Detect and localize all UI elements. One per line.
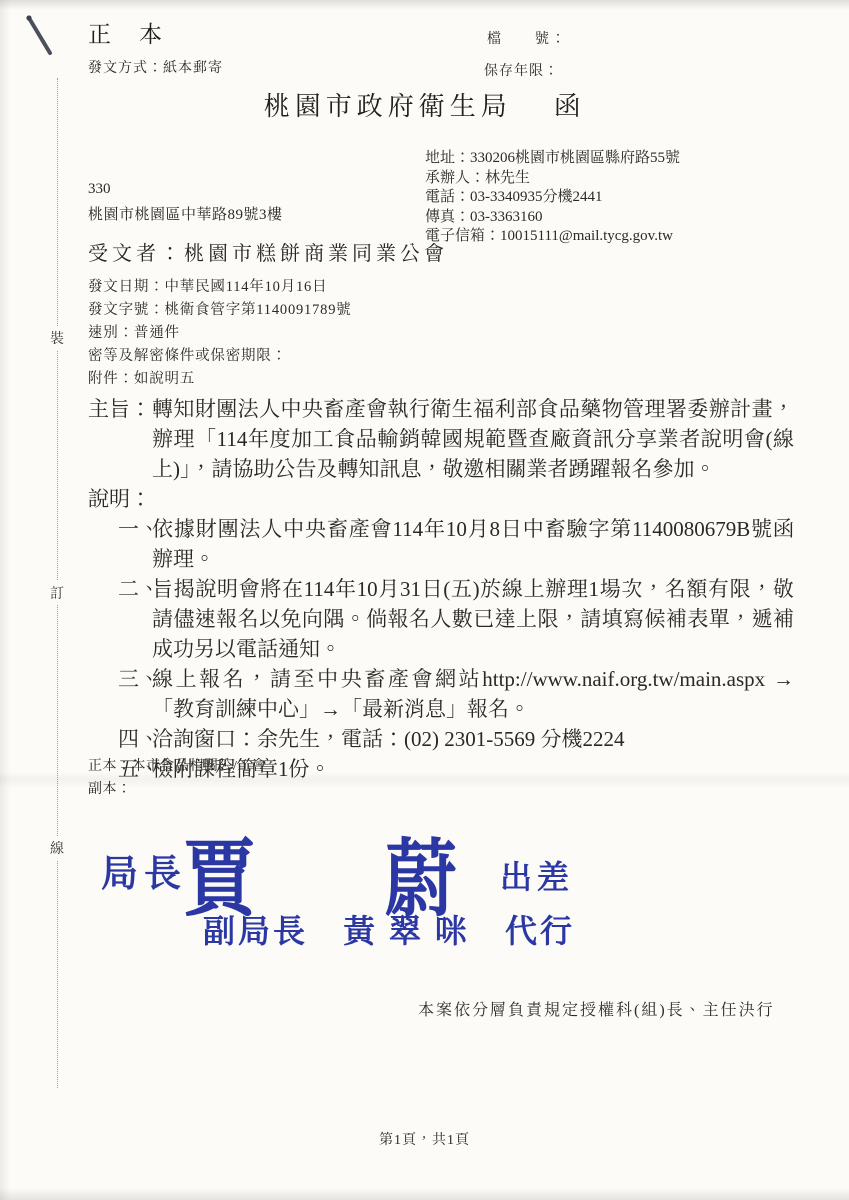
recipient-zip: 330	[88, 181, 111, 198]
agency-info-block: 地址：330206桃園市桃園區縣府路55號 承辦人：林先生 電話：03-3340…	[425, 149, 680, 247]
director-title: 局長	[101, 843, 187, 897]
explanation-item-4: 四、 洽詢窗口：余先生，電話：(02) 2301-5569 分機2224	[88, 724, 794, 754]
retention-period-label: 保存年限：	[484, 60, 559, 80]
item-text: 依據財團法人中央畜產會114年10月8日中畜驗字第1140080679B號函辦理…	[152, 517, 794, 571]
item-number: 一、	[118, 514, 160, 544]
deputy-signature-line: 副局長 黃 翠 咪 代行	[203, 906, 575, 952]
item-text: 旨揭說明會將在114年10月31日(五)於線上辦理1場次，名額有限，敬請儘速報名…	[152, 577, 794, 661]
subject-section: 主旨： 轉知財團法人中央畜產會執行衛生福利部食品藥物管理署委辦計畫，辦理「114…	[88, 394, 794, 484]
scan-edge-bottom	[0, 1188, 849, 1200]
meta-classification: 密等及解密條件或保密期限：	[88, 345, 352, 368]
pen-mark	[20, 8, 64, 64]
copy-distribution-cc: 副本：	[88, 778, 132, 798]
explanation-item-3: 三、 線上報名，請至中央畜產會網站http://www.naif.org.tw/…	[88, 664, 794, 724]
subject-label: 主旨：	[88, 394, 151, 424]
agency-address: 地址：330206桃園市桃園區縣府路55號	[425, 149, 680, 169]
copy-distribution-original: 正本：本市食品相關公/工會	[88, 755, 266, 775]
file-number-label: 檔 號：	[487, 28, 567, 48]
meta-issue-date: 發文日期：中華民國114年10月16日	[88, 276, 352, 299]
agency-contact-person: 承辦人：林先生	[425, 169, 680, 189]
meta-priority: 速別：普通件	[88, 322, 352, 345]
explanation-label: 說明：	[88, 484, 794, 514]
item-text: 洽詢窗口：余先生，電話：(02) 2301-5569 分機2224	[152, 727, 624, 751]
meta-doc-number: 發文字號：桃衛食管字第1140091789號	[88, 299, 352, 322]
explanation-item-1: 一、 依據財團法人中央畜產會114年10月8日中畜驗字第1140080679B號…	[88, 514, 794, 574]
subject-text: 轉知財團法人中央畜產會執行衛生福利部食品藥物管理署委辦計畫，辦理「114年度加工…	[152, 397, 794, 481]
meta-attachment: 附件：如說明五	[88, 368, 352, 391]
agency-email: 電子信箱：10015111@mail.tycg.gov.tw	[425, 227, 680, 247]
director-status: 出差	[500, 852, 574, 898]
item-number: 四、	[118, 724, 160, 754]
recipient-address: 桃園市桃園區中華路89號3樓	[88, 203, 283, 224]
delegation-note: 本案依分層負責規定授權科(組)長、主任決行	[418, 997, 775, 1020]
item-number: 三、	[118, 664, 160, 694]
scanned-letter-page: 裝 訂 線 正本 發文方式：紙本郵寄 檔 號： 保存年限： 桃園市政府衛生局 函…	[0, 0, 849, 1200]
scan-edge-left	[0, 0, 10, 1200]
binding-mark-ding: 訂	[47, 581, 67, 605]
item-number: 二、	[118, 574, 160, 604]
recipient-line: 受文者：桃園市糕餅商業同業公會	[88, 237, 448, 266]
copy-type-label: 正本	[88, 16, 190, 49]
explanation-item-2: 二、 旨揭說明會將在114年10月31日(五)於線上辦理1場次，名額有限，敬請儘…	[88, 574, 794, 664]
letter-body: 主旨： 轉知財團法人中央畜產會執行衛生福利部食品藥物管理署委辦計畫，辦理「114…	[88, 394, 794, 784]
scan-edge-top	[0, 0, 849, 10]
document-meta-block: 發文日期：中華民國114年10月16日 發文字號：桃衛食管字第114009178…	[88, 276, 352, 391]
agency-fax: 傳真：03-3363160	[425, 208, 680, 228]
binding-mark-xian: 線	[47, 836, 67, 860]
document-title: 桃園市政府衛生局 函	[0, 86, 849, 123]
binding-mark-zhuang: 裝	[47, 326, 67, 350]
page-number: 第1頁，共1頁	[0, 1129, 849, 1149]
item-text: 線上報名，請至中央畜產會網站http://www.naif.org.tw/mai…	[152, 667, 794, 721]
agency-phone: 電話：03-3340935分機2441	[425, 188, 680, 208]
director-name-char-2: 蔚	[385, 812, 457, 933]
send-method-label: 發文方式：紙本郵寄	[88, 57, 223, 77]
director-name-char-1: 賈	[183, 812, 255, 933]
